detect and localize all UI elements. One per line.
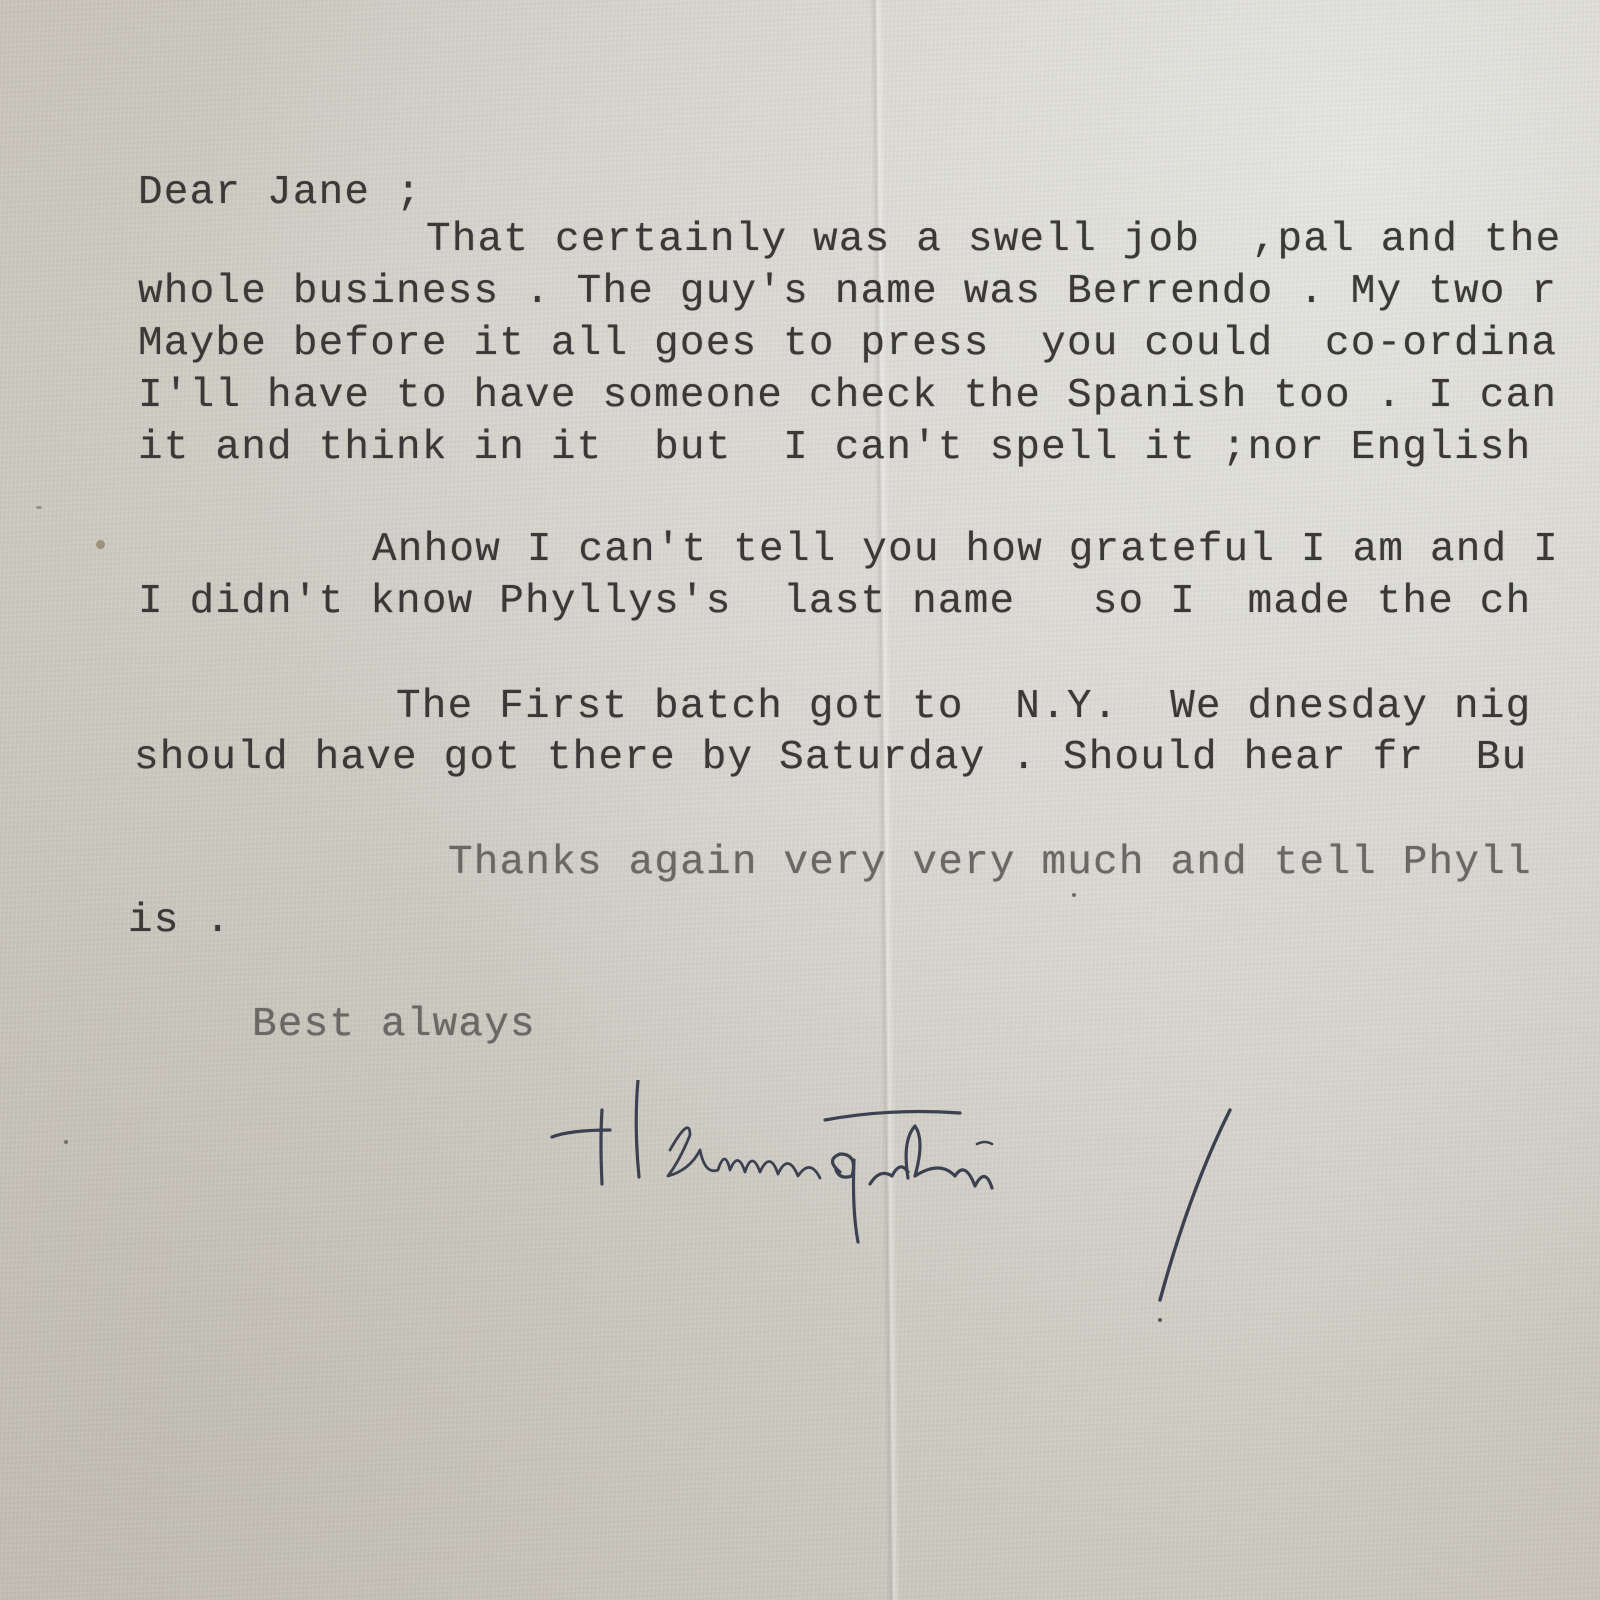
paragraph-2-line-1: Anhow I can't tell you how grateful I am…: [372, 527, 1559, 573]
paragraph-4-line-2: is .: [128, 898, 231, 944]
paragraph-3-line-1: The First batch got to N.Y. We dnesday n…: [396, 684, 1531, 730]
paragraph-1-line-3: Maybe before it all goes to press you co…: [138, 321, 1557, 367]
salutation: Dear Jane ;: [138, 170, 422, 216]
paragraph-1-line-1: That certainly was a swell job ,pal and …: [426, 217, 1561, 263]
paragraph-4-line-1: Thanks again very very much and tell Phy…: [448, 840, 1532, 886]
paper-speck: [1072, 893, 1076, 897]
letter-body: Dear Jane ; That certainly was a swell j…: [0, 0, 103, 920]
closing: Best always: [252, 1002, 536, 1048]
paragraph-1-line-5: it and think in it but I can't spell it …: [138, 425, 1531, 471]
paragraph-1-line-2: whole business . The guy's name was Berr…: [138, 269, 1557, 315]
paragraph-3-line-2: should have got there by Saturday . Shou…: [134, 735, 1527, 781]
paper-speck: [64, 1140, 68, 1144]
paragraph-2-line-2: I didn't know Phyllys's last name so I m…: [138, 579, 1531, 625]
letter-page: Dear Jane ; That certainly was a swell j…: [0, 0, 1600, 1600]
handwritten-signature: Hemingway: [540, 1080, 1260, 1320]
paragraph-1-line-4: I'll have to have someone check the Span…: [138, 373, 1557, 419]
